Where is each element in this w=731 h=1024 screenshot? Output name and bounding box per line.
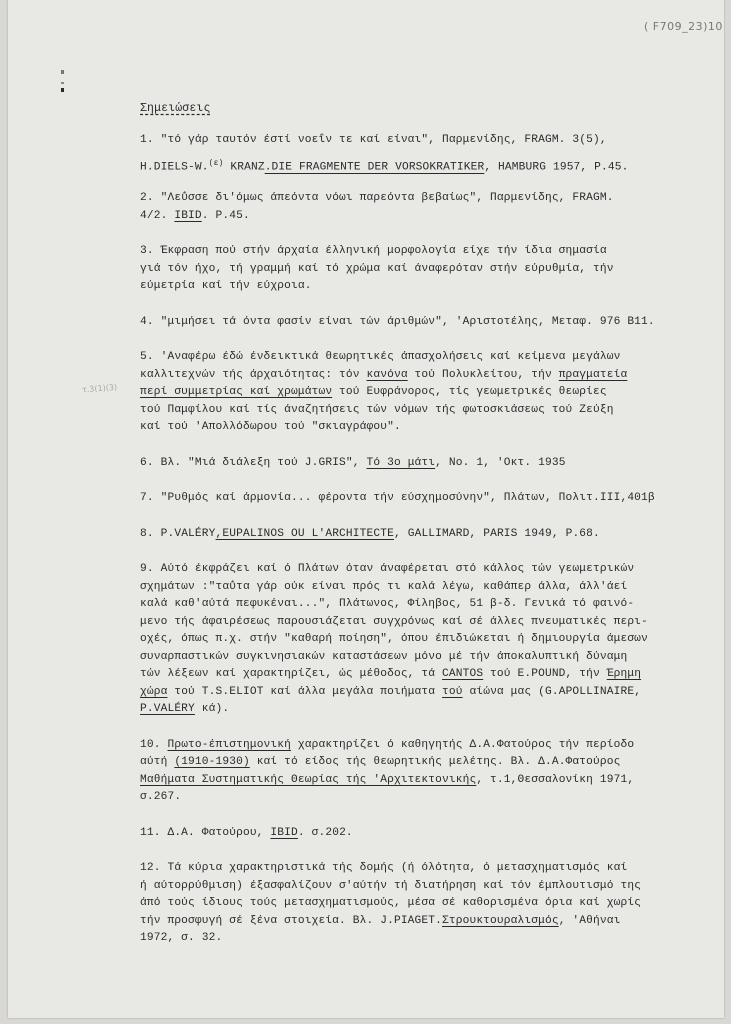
note-text: Αύτό έκφράζει καί ό Πλάτων όταν άναφέρετ…: [140, 563, 648, 680]
note-text: Έκφραση πού στήν άρχαία έλληνική μορφολο…: [140, 245, 614, 292]
ibid-reference: IBID: [174, 210, 201, 222]
note-text: "τό γάρ ταυτόν έστί νοεΐν τε καί είναι",…: [154, 134, 607, 146]
punch-mark: [61, 82, 64, 84]
note-10: 10. Πρωτο-έπιστημονική χαρακτηρίζει ό κα…: [140, 737, 725, 807]
note-text: H.DIELS-W.: [140, 162, 209, 174]
note-12: 12. Τά κύρια χαρακτηριστικά τής δομής (ή…: [140, 860, 725, 948]
note-number: 12.: [140, 862, 161, 874]
note-11: 11. Δ.Α. Φατούρου, IBID. σ.202.: [140, 825, 725, 843]
note-text: P.VALÉRY: [154, 528, 216, 540]
archive-reference: ( F709_23)10: [644, 20, 723, 33]
underlined-word: τού: [442, 686, 463, 698]
note-text: "Ρυθμός καί άρμονία... φέροντα τήν εύσχη…: [154, 492, 655, 504]
journal-title: Τό 3ο μάτι: [367, 457, 436, 469]
book-title: ,EUPALINOS OU L'ARCHITECTE: [216, 528, 394, 540]
note-number: 3.: [140, 245, 154, 257]
note-text: "μιμήσει τά όντα φασίν είναι τών άριθμών…: [154, 316, 655, 328]
notes-document: Σημειώσεις 1. "τό γάρ ταυτόν έστί νοεΐν …: [140, 100, 725, 961]
note-2: 2. "Λεΰσσε δι'όμως άπεόντα νόωι παρεόντα…: [140, 190, 725, 225]
book-title: Στρουκτουραλισμός: [442, 915, 559, 927]
note-number: 2.: [140, 192, 154, 204]
note-4: 4. "μιμήσει τά όντα φασίν είναι τών άριθ…: [140, 314, 725, 332]
note-7: 7. "Ρυθμός καί άρμονία... φέροντα τήν εύ…: [140, 490, 725, 508]
note-text: , GALLIMARD, PARIS 1949, P.68.: [394, 528, 600, 540]
note-9: 9. Αύτό έκφράζει καί ό Πλάτων όταν άναφέ…: [140, 561, 725, 719]
note-text: τού E.POUND, τήν: [483, 668, 607, 680]
note-1: 1. "τό γάρ ταυτόν έστί νοεΐν τε καί είνα…: [140, 132, 725, 178]
note-number: 1.: [140, 134, 154, 146]
note-text: Δ.Α. Φατούρου,: [161, 827, 271, 839]
note-number: 5.: [140, 351, 154, 363]
note-text: KRANZ: [224, 162, 265, 174]
punch-mark: [61, 88, 64, 92]
note-5: 5. 'Αναφέρω έδώ ένδεικτικά θεωρητικές άπ…: [140, 349, 725, 437]
margin-pencil-note: τ.3(1)(3): [82, 383, 118, 394]
note-text: κά).: [195, 703, 229, 715]
note-text: αίώνα μας (G.APOLLINAIRE,: [463, 686, 641, 698]
note-text: . σ.202.: [298, 827, 353, 839]
ibid-reference: IBID: [270, 827, 297, 839]
note-text: Βλ. "Μιά διάλεξη τού J.GRIS",: [154, 457, 367, 469]
note-text: . P.45.: [202, 210, 250, 222]
note-number: 7.: [140, 492, 154, 504]
note-8: 8. P.VALÉRY,EUPALINOS OU L'ARCHITECTE, G…: [140, 526, 725, 544]
note-number: 11.: [140, 827, 161, 839]
note-number: 9.: [140, 563, 154, 575]
note-text: τού T.S.ELIOT καί άλλα μεγάλα ποιήματα: [167, 686, 442, 698]
underlined-name: P.VALÉRY: [140, 703, 195, 715]
underlined-term: Πρωτο-έπιστημονική: [167, 739, 291, 751]
note-6: 6. Βλ. "Μιά διάλεξη τού J.GRIS", Τό 3ο μ…: [140, 455, 725, 473]
underlined-title: CANTOS: [442, 668, 483, 680]
note-number: 8.: [140, 528, 154, 540]
underlined-term: κανόνα: [367, 369, 408, 381]
note-number: 10.: [140, 739, 161, 751]
note-text: τού Πολυκλείτου, τήν: [408, 369, 559, 381]
punch-mark: [61, 70, 64, 74]
note-number: 6.: [140, 457, 154, 469]
underlined-dates: (1910-1930): [174, 756, 250, 768]
page-title: Σημειώσεις: [140, 100, 211, 118]
book-title: Μαθήματα Συστηματικής Θεωρίας τής 'Αρχιτ…: [140, 774, 476, 786]
note-text: καί τό είδος τής θεωρητικής μελέτης. Βλ.…: [250, 756, 621, 768]
handwritten-correction: (ε): [209, 159, 224, 168]
note-number: 4.: [140, 316, 154, 328]
note-3: 3. Έκφραση πού στήν άρχαία έλληνική μορφ…: [140, 243, 725, 296]
note-text: , HAMBURG 1957, P.45.: [484, 162, 628, 174]
note-text: , No. 1, 'Οκτ. 1935: [435, 457, 565, 469]
book-title: .DIE FRAGMENTE DER VORSOKRATIKER: [265, 162, 485, 174]
